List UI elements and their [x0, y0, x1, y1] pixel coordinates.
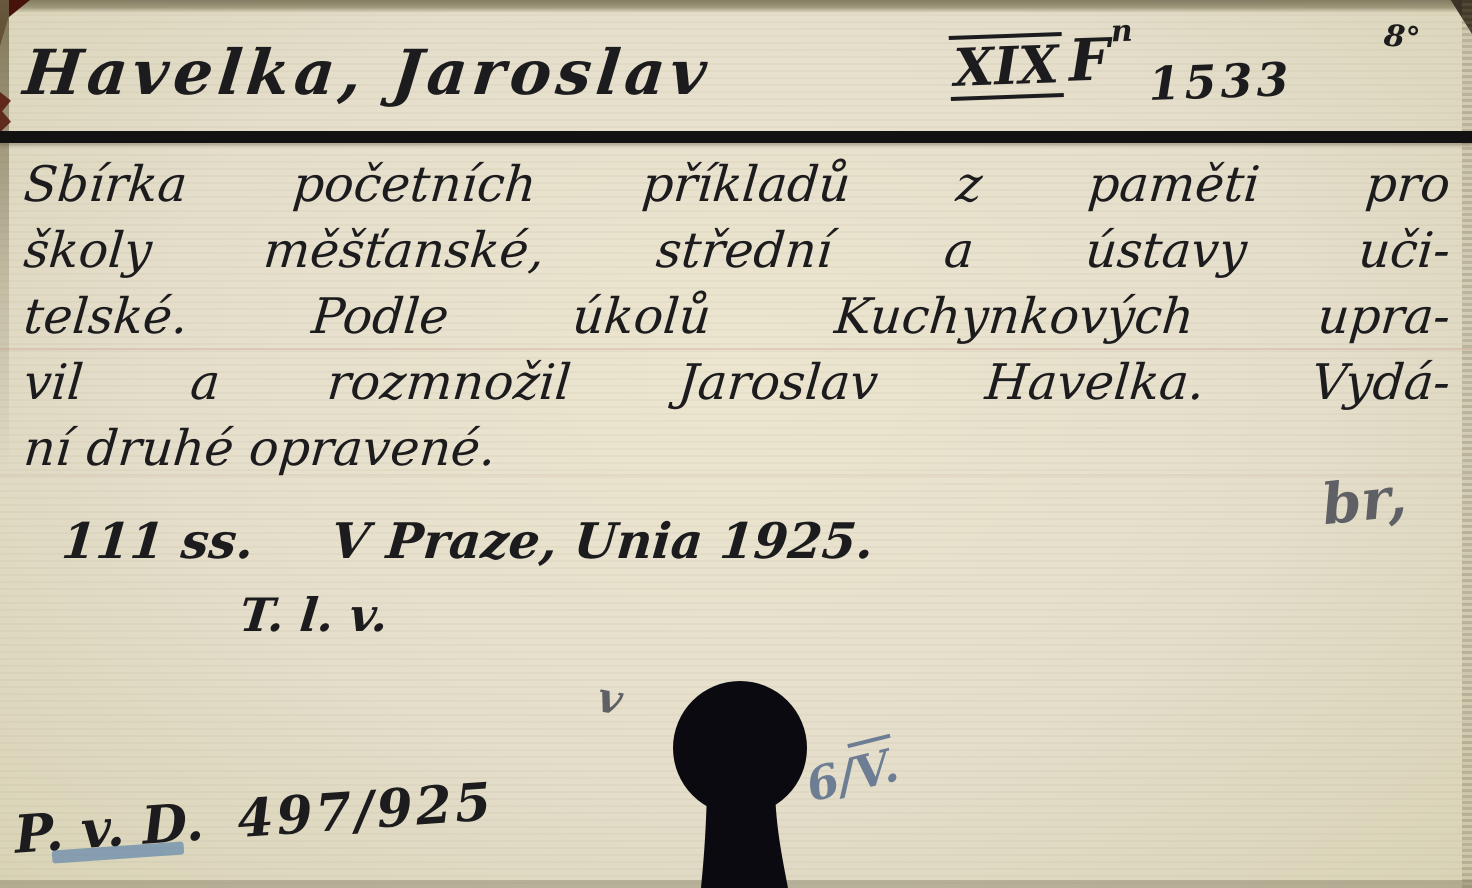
punch-hole — [0, 0, 1472, 888]
catalog-card: Havelka, Jaroslav XIX F n 1533 8° Sbírka… — [0, 0, 1472, 888]
